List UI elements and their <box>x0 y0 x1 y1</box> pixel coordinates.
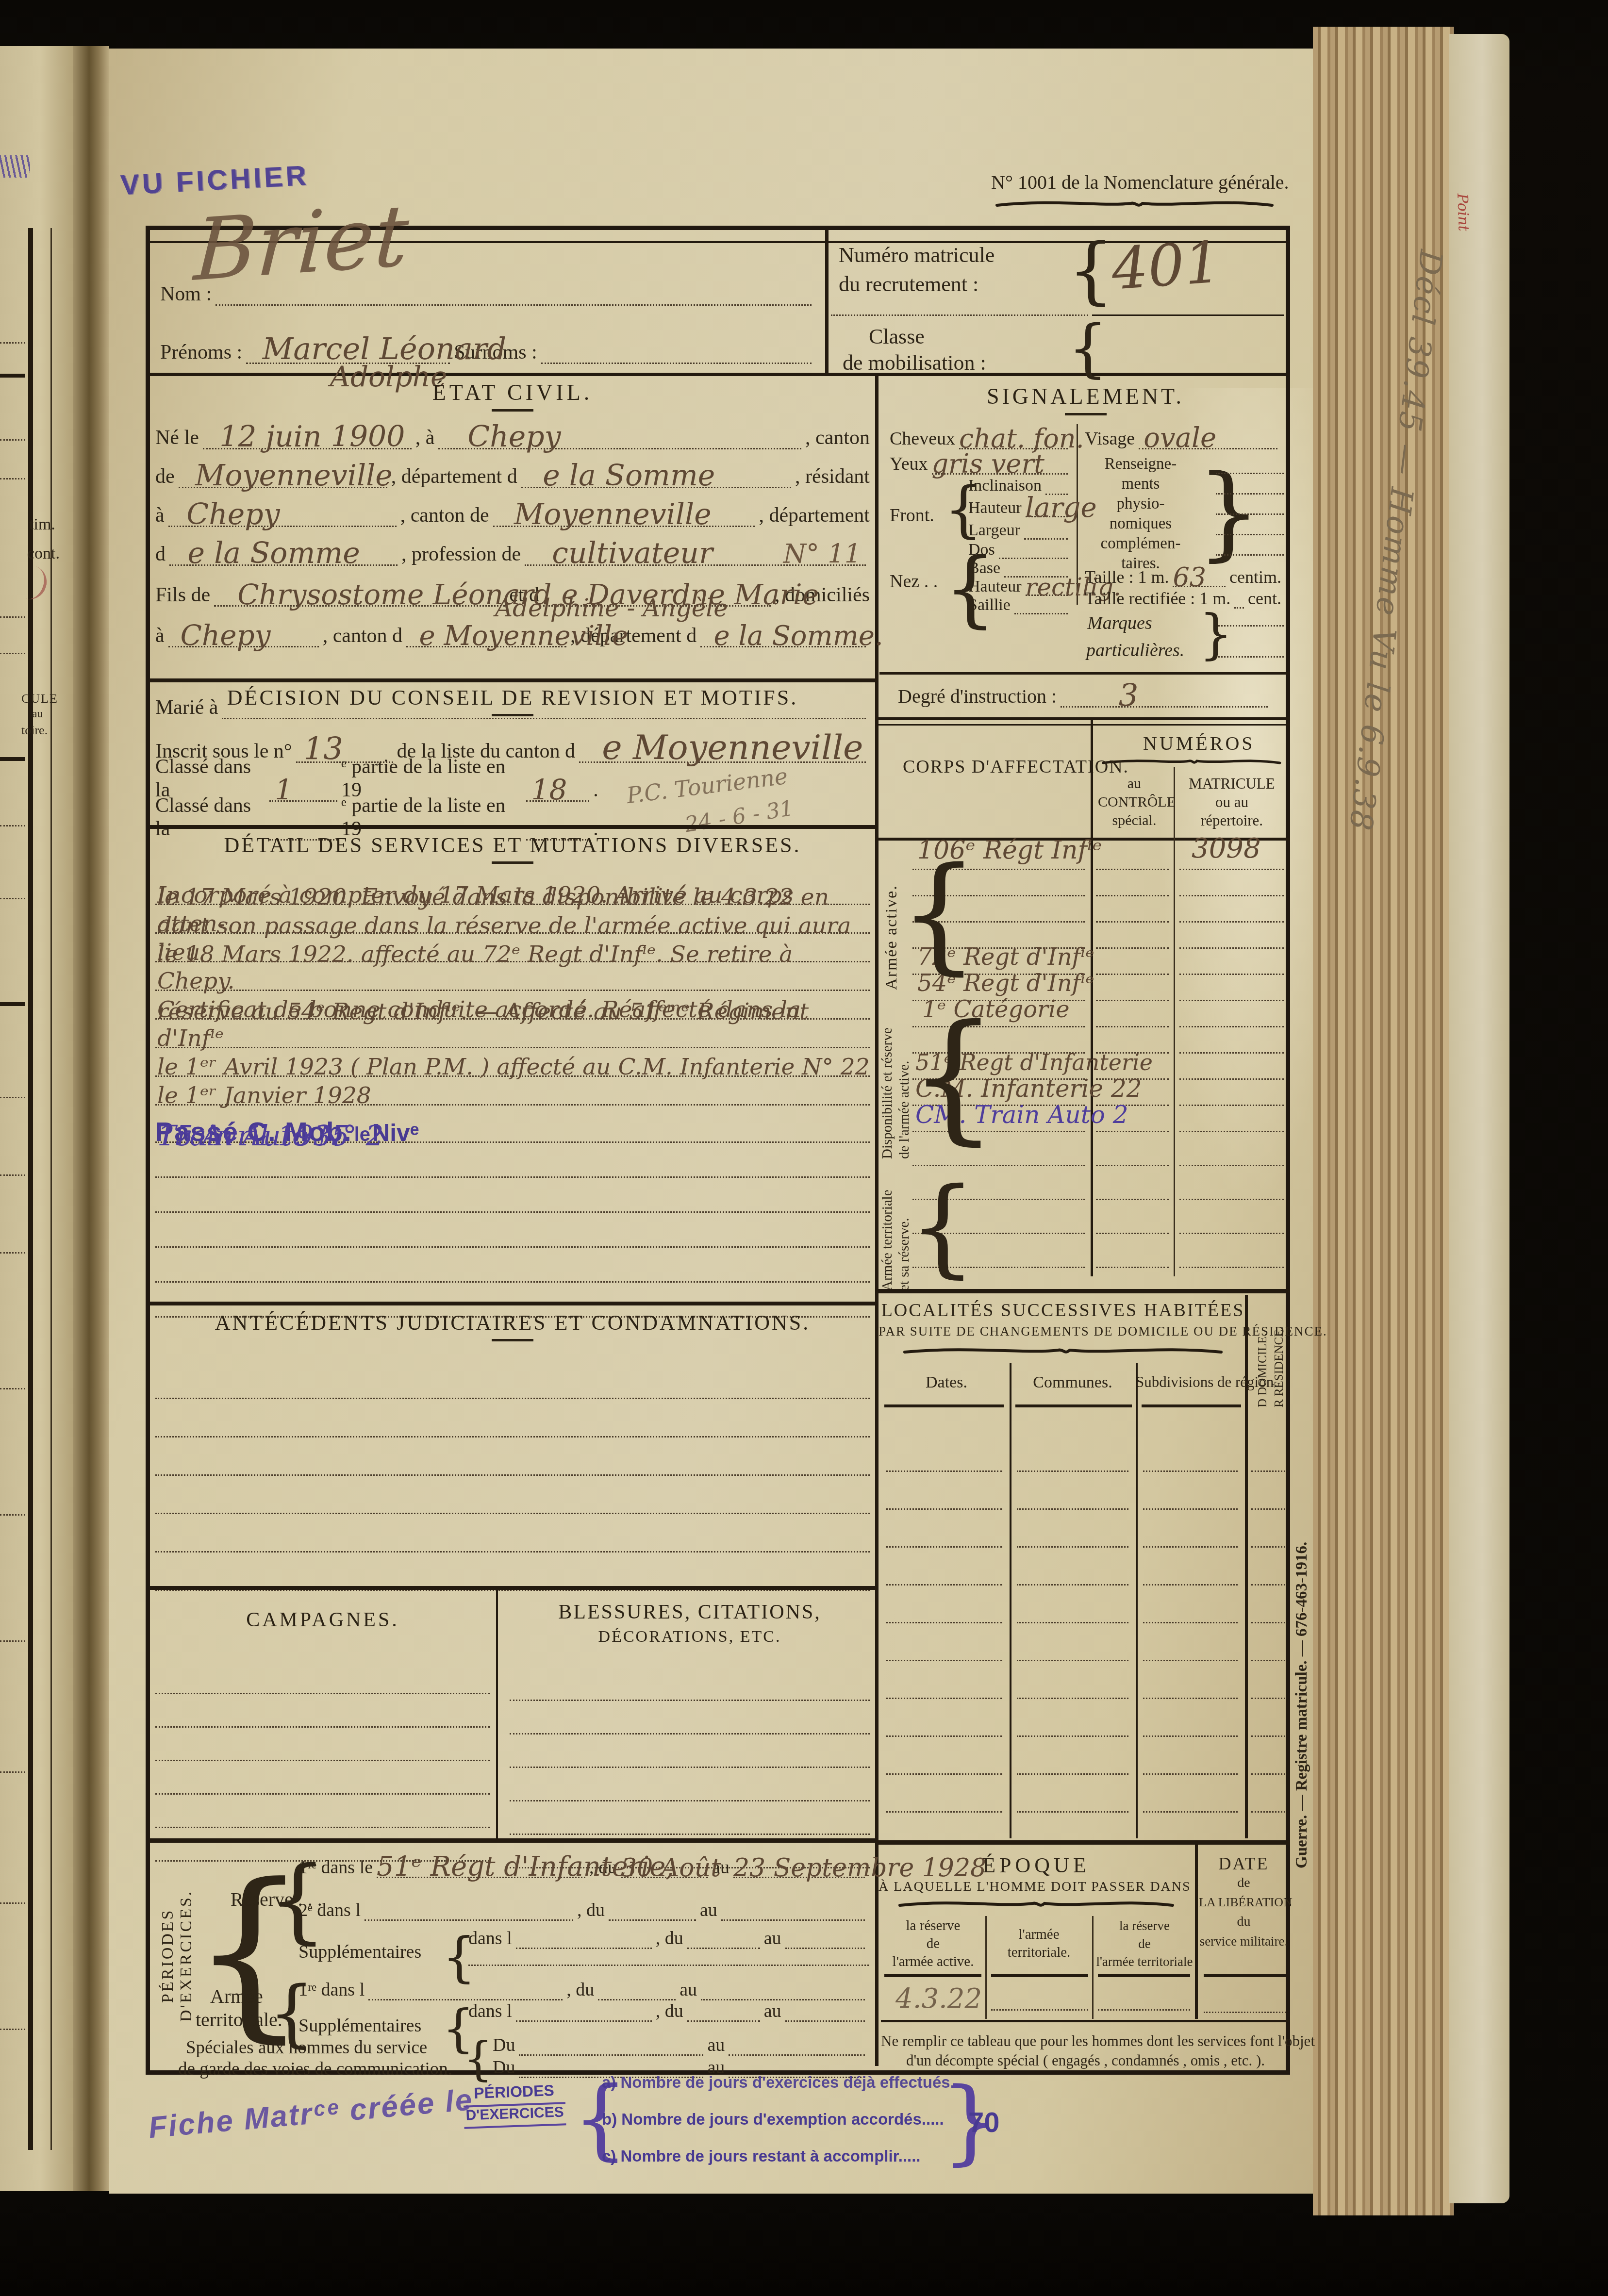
stamp-word: D'EXERCICES <box>464 2104 566 2129</box>
dotted-line <box>1096 1000 1169 1001</box>
fill <box>365 1916 573 1921</box>
matricule-value: 401 <box>1109 228 1223 302</box>
section-divider <box>150 825 875 829</box>
handwritten-text: le 18 Mars 1922. affecté au 72ᵉ Regt d'I… <box>157 941 870 994</box>
section-etat-civil: ÉTAT CIVIL. Né le 12 juin 1900 , à Chepy… <box>155 380 870 719</box>
left-page-fragment: au <box>32 708 43 721</box>
marques-label-1: Marques <box>1087 612 1152 634</box>
epoque-value-reserve: 4.3.22 <box>895 1983 982 2015</box>
dotted-line <box>468 1965 869 1966</box>
localites-dr-label-2: R RÉSIDENCE. <box>1273 1305 1286 1407</box>
corps-title: CORPS D'AFFECTATION. <box>903 756 1129 777</box>
dotted-line <box>0 1771 25 1773</box>
dotted-line <box>1251 1698 1285 1699</box>
dotted-line <box>1251 1470 1285 1472</box>
dotted-line <box>886 1508 1002 1510</box>
matricule-underline <box>1092 314 1284 316</box>
stamp-line-a: a) Nombre de jours d'exercices déjà effe… <box>602 2073 963 2092</box>
value: 13 <box>304 731 343 767</box>
epoque-note-1: Ne remplir ce tableau que pour les homme… <box>881 2032 1290 2050</box>
label: dans l <box>468 1928 512 1949</box>
localites-title: LOCALITÉS SUCCESSIVES HABITÉES <box>879 1300 1247 1321</box>
services-line-4: le 18 Mars 1922. affecté au 72ᵉ Regt d'I… <box>155 962 870 991</box>
fill: rectilig. <box>1026 592 1068 596</box>
services-line-7: le 1ᵉʳ Avril 1923 ( Plan P.M. ) affecté … <box>155 1048 870 1077</box>
localites-vrule-1 <box>1010 1363 1011 1838</box>
degre-label: Degré d'instruction : <box>898 685 1057 708</box>
page-stack-outer <box>1449 34 1509 2203</box>
degre-row: Degré d'instruction : 3 <box>898 680 1272 708</box>
rens-word: complémen- <box>1090 534 1192 554</box>
dotted-line <box>886 1546 1002 1548</box>
nomenclature-swash <box>995 198 1274 210</box>
classe-brace: { <box>1068 315 1108 381</box>
dotted-line <box>1017 1660 1128 1661</box>
imprint-reference: Guerre. — Registre matricule. — 676-463-… <box>1293 1140 1311 1868</box>
dotted-line <box>1017 1584 1128 1586</box>
stamp-word: PÉRIODES <box>463 2081 565 2107</box>
fill: 3 <box>1061 703 1268 708</box>
fill: 63 <box>1173 583 1226 587</box>
dotted-line <box>1216 554 1284 556</box>
localites-col-subdiv: Subdivisions de région. <box>1136 1373 1245 1391</box>
periodes-side-label: PÉRIODES D'EXERCICES. <box>159 1849 196 2063</box>
label: , du <box>577 1900 605 1921</box>
matricule-box-left-border <box>825 230 829 373</box>
label: , canton de <box>400 504 489 527</box>
localites-head-rule <box>884 1404 1004 1407</box>
dotted-line <box>1096 1131 1169 1132</box>
speciales-label-2: de garde des voies de communication. <box>178 2059 452 2080</box>
dotted-line <box>1216 513 1284 515</box>
dotted-line <box>1251 1660 1285 1661</box>
registre-matricule-scan: tim. cont. CULE au toire. VU FICHIER N° … <box>0 0 1608 2296</box>
fill <box>999 555 1068 559</box>
dotted-line <box>1179 1199 1284 1200</box>
dotted-line <box>155 1761 490 1795</box>
epoque-head-rule <box>991 1974 1088 1977</box>
dotted-line <box>1017 1508 1128 1510</box>
dotted-line <box>0 1902 25 1904</box>
title-dash <box>1065 413 1107 415</box>
epoque-bottom-rule <box>881 2020 1289 2022</box>
groupe-brace: { <box>909 1163 977 1290</box>
fill <box>516 1945 652 1949</box>
epoque-title: ÉPOQUE <box>879 1853 1194 1878</box>
nom-fill <box>216 301 812 306</box>
section-divider <box>879 1289 1290 1293</box>
localites-col-dates: Dates. <box>888 1373 1005 1392</box>
dotted-line <box>1251 1773 1285 1775</box>
groupe-armee-active: Armée active. <box>882 844 901 990</box>
value: 30 Août <box>621 1853 721 1883</box>
nez-hauteur-row: Hauteur rectilig. <box>968 578 1072 596</box>
dotted-line <box>1143 1508 1238 1510</box>
localites-dr-label-1: D DOMICILE. <box>1256 1305 1270 1407</box>
fill: Moyenneville <box>179 484 387 488</box>
head-word: MATRICULE <box>1178 775 1285 793</box>
dotted-line <box>0 653 25 654</box>
value: e la Somme. <box>713 620 883 652</box>
prenoms-row: Prénoms : Marcel Léonard Surnoms : <box>160 330 815 364</box>
dotted-line <box>1179 869 1284 870</box>
dotted-line <box>1216 473 1284 474</box>
supplementaires-label: Supplémentaires <box>298 1941 421 1963</box>
nez-dos-row: Dos <box>968 541 1072 559</box>
dotted-line <box>1179 974 1284 975</box>
label: 1ʳᵉ dans le <box>298 1857 373 1878</box>
dotted-line <box>1143 1660 1238 1661</box>
mother-names-2: Adelphine - Angèle <box>495 594 728 622</box>
left-page-fragment: toire. <box>21 723 48 738</box>
matricule-label-1: Numéro matricule <box>839 243 995 267</box>
dotted-line <box>155 1661 490 1694</box>
dotted-line <box>1017 1811 1128 1813</box>
dotted-line <box>886 1584 1002 1586</box>
left-page-fragment: tim. <box>29 515 55 534</box>
localites-head-rule <box>1015 1404 1132 1407</box>
groupe-label: Disponibilité et réserve <box>879 994 895 1159</box>
head-word: du <box>1199 1912 1289 1932</box>
left-page-heavy <box>0 374 25 378</box>
fill: Chrysostome Léonard <box>214 602 505 607</box>
renseignements-block: Renseigne- ments physio- nomiques complé… <box>1090 454 1192 574</box>
dotted-line <box>155 1694 490 1728</box>
section-campagnes: CAMPAGNES. <box>155 1594 490 1862</box>
dotted-line <box>1251 1546 1285 1548</box>
groupe-brace: { <box>909 993 998 1160</box>
dotted-line <box>0 342 25 344</box>
dotted-line <box>1251 1508 1285 1510</box>
dotted-line <box>1179 1105 1284 1106</box>
label: au <box>707 2034 725 2056</box>
localites-head-rule <box>1142 1404 1241 1407</box>
value: Chepy <box>467 420 561 454</box>
dotted-line <box>155 1728 490 1761</box>
label: au <box>700 1900 717 1921</box>
fill: e Moyenneville <box>579 759 866 763</box>
head-word: la réserve <box>881 1917 985 1935</box>
left-page-stamp-fragment <box>0 155 30 178</box>
dotted-line <box>0 478 25 479</box>
dotted-line <box>155 1553 870 1591</box>
cheveux-label: Cheveux <box>890 428 955 449</box>
dotted-line <box>886 1773 1002 1775</box>
rens-word: nomiques <box>1090 514 1192 534</box>
dotted-line <box>1096 947 1169 949</box>
periodes-exercices-stamp: PÉRIODES D'EXERCICES <box>463 2081 566 2129</box>
localites-col-communes: Communes. <box>1014 1373 1131 1392</box>
localites-subtitle: PAR SUITE DE CHANGEMENTS DE DOMICILE OU … <box>879 1324 1247 1339</box>
dotted-line <box>886 1735 1002 1737</box>
dotted-line <box>1017 1470 1128 1472</box>
fill: 1 <box>269 797 337 802</box>
fill <box>516 2017 652 2022</box>
epoque-subtitle: À LAQUELLE L'HOMME DOIT PASSER DANS : <box>879 1879 1194 1895</box>
dotted-line <box>1179 1026 1284 1027</box>
dotted-line <box>1096 869 1169 870</box>
dotted-line <box>886 1622 1002 1623</box>
etat-civil-line-4: d e la Somme , profession de cultivateur… <box>155 527 870 566</box>
label: d <box>155 543 166 566</box>
nom-label: Nom : <box>160 282 212 306</box>
dotted-line <box>0 616 25 618</box>
dotted-line <box>1179 1233 1284 1234</box>
section-divider <box>879 1840 1290 1845</box>
epoque-col2-head: l'armée territoriale. <box>987 1926 1091 1962</box>
dotted-line <box>1179 921 1284 923</box>
head-word: service militaire. <box>1199 1932 1289 1951</box>
etat-civil-line-3: à Chepy , canton de Moyenneville , dépar… <box>155 488 870 527</box>
dotted-line <box>0 1388 25 1389</box>
head-word: de <box>1199 1873 1289 1893</box>
localites-swash <box>903 1345 1223 1357</box>
fill <box>721 1916 865 1921</box>
speciales-label-1: Spéciales aux hommes du service <box>186 2037 427 2058</box>
dotted-line <box>510 1801 870 1835</box>
dotted-line <box>0 439 25 441</box>
fill: Moyenneville <box>493 523 755 527</box>
epoque-head-rule <box>1204 1974 1286 1977</box>
section-signalement: SIGNALEMENT. Cheveux chat. fon. Yeux gri… <box>881 378 1290 609</box>
fill <box>1234 604 1244 609</box>
fill <box>785 1945 865 1949</box>
label: à <box>155 624 165 647</box>
dotted-line <box>1216 534 1284 535</box>
dotted-line <box>1143 1811 1238 1813</box>
left-page-heavy <box>0 1002 25 1006</box>
left-page-edge <box>0 46 73 2191</box>
value: Moyenneville <box>514 497 712 531</box>
handwritten-text: réserve au 54ᵉ Regt d'Infⁱᵉ. — Affecté a… <box>157 998 870 1052</box>
speciales-row-1: Du au <box>493 2034 869 2056</box>
value: Chepy <box>186 497 280 531</box>
head-word: CONTRÔLE <box>1098 793 1171 811</box>
nom-row: Nom : <box>160 272 815 306</box>
label: , à <box>415 426 435 449</box>
label: . <box>593 778 598 802</box>
reserve-row-1: 1ʳᵉ dans le 51ᵉ Régt d'Infanterie, , du … <box>298 1848 869 1878</box>
signalement-bottom-rule <box>879 672 1290 675</box>
label: dans l <box>468 2000 512 2022</box>
visage-value: ovale <box>1144 422 1216 454</box>
fill: 30 Août <box>621 1874 708 1878</box>
rens-word: physio- <box>1090 494 1192 514</box>
dotted-line <box>1251 1622 1285 1623</box>
hauteur-label: Hauteur <box>968 499 1022 517</box>
dotted-line <box>1218 656 1284 658</box>
groupe-label: Armée territoriale <box>879 1165 895 1291</box>
controle-head: au CONTRÔLE spécial. <box>1098 775 1171 830</box>
section-decision: DÉCISION DU CONSEIL DE REVISION ET MOTIF… <box>155 685 870 841</box>
dotted-line <box>1096 921 1169 923</box>
corps-vrule-2 <box>1174 767 1175 1276</box>
base-label: Base <box>968 559 1000 578</box>
dotted-line <box>1017 1698 1128 1699</box>
value: Chepy <box>180 619 270 652</box>
numeros-title: NUMÉROS <box>1143 732 1255 755</box>
head-word: DATE <box>1199 1854 1289 1873</box>
dotted-line <box>1179 1000 1284 1001</box>
taille-row: Taille : 1 m. 63 centim. <box>1085 566 1281 587</box>
label: , département <box>759 504 870 527</box>
supplementaires-row: dans l , du au <box>468 1925 869 1949</box>
dotted-line <box>1096 1026 1169 1027</box>
etat-civil-line-1: Né le 12 juin 1900 , à Chepy , canton <box>155 412 870 449</box>
section-divider <box>150 678 875 682</box>
head-word: la réserve <box>1094 1917 1195 1935</box>
dotted-line <box>1143 1584 1238 1586</box>
label: , du <box>566 1979 594 2000</box>
services-line-8: le 1ᵉʳ Janvier 1928 <box>155 1077 870 1106</box>
head-word: spécial. <box>1098 811 1171 830</box>
label: au <box>764 2000 781 2022</box>
fill <box>687 2017 760 2022</box>
dos-label: Dos <box>968 541 995 559</box>
value: 1 <box>275 773 293 806</box>
passe-date: 15 Avril 1935 <box>157 1119 349 1152</box>
dotted-line <box>510 1701 870 1734</box>
saillie-label: Saillie <box>968 596 1011 614</box>
swash-ornament <box>898 1899 1175 1910</box>
dotted-line <box>886 1811 1002 1813</box>
dotted-line <box>155 1437 870 1476</box>
dotted-line <box>1204 2012 1286 2013</box>
dotted-line <box>155 1248 870 1283</box>
dotted-line <box>1179 1052 1284 1054</box>
label: à <box>155 504 165 527</box>
supplementaires-row-2: dans l , du au <box>468 1999 869 2022</box>
dotted-line <box>1251 1584 1285 1586</box>
label: , résidant <box>795 465 870 488</box>
dotted-line <box>886 1660 1002 1661</box>
groupe-brace: { <box>899 839 979 989</box>
dotted-line <box>1251 1735 1285 1737</box>
etat-civil-title: ÉTAT CIVIL. <box>155 380 870 405</box>
left-page-fragment: CULE <box>21 692 58 706</box>
dotted-line <box>0 825 25 826</box>
antecedents-title: ANTÉCÉDENTS JUDICIAIRES ET CONDAMNATIONS… <box>155 1310 870 1335</box>
dotted-line <box>1179 895 1284 896</box>
front-hauteur-row: Hauteur large <box>968 498 1072 517</box>
nomenclature-note: N° 1001 de la Nomenclature générale. <box>991 171 1289 194</box>
groupe-disponibilite: Disponibilité et réserve de l'armée acti… <box>879 994 912 1159</box>
yeux-label: Yeux <box>890 453 928 475</box>
taille-rect-unit: cent. <box>1248 588 1281 609</box>
dotted-line <box>1017 1622 1128 1623</box>
section-services: DÉTAIL DES SERVICES ET MUTATIONS DIVERSE… <box>155 833 870 1318</box>
dotted-line <box>1017 1546 1128 1548</box>
dotted-line <box>886 1470 1002 1472</box>
rens-word: Renseigne- <box>1090 454 1192 474</box>
etat-civil-line-6: Adelphine - Angèle à Chepy , canton d e … <box>155 607 870 647</box>
label: , canton d <box>323 624 402 647</box>
visage-row: Visage ovale <box>1085 426 1281 449</box>
fill <box>519 2051 703 2056</box>
services-line-6: réserve au 54ᵉ Regt d'Infⁱᵉ. — Affecté a… <box>155 1020 870 1048</box>
stamp-line-b: b) Nombre de jours d'exemption accordés.… <box>602 2110 944 2129</box>
head-word: de <box>1094 1935 1195 1953</box>
fill <box>785 2017 865 2022</box>
fill <box>1014 610 1068 614</box>
epoque-swash <box>898 1899 1175 1910</box>
dotted-line <box>0 1514 25 1516</box>
value: e Moyenneville <box>419 620 629 652</box>
label: de <box>155 465 175 488</box>
dotted-line <box>831 314 1088 316</box>
corps-vrule-1 <box>1091 717 1093 1276</box>
dotted-line <box>0 1252 25 1254</box>
dotted-line <box>1096 1165 1169 1166</box>
matricule-head: MATRICULE ou au répertoire. <box>1178 775 1285 830</box>
section-divider <box>150 1302 875 1305</box>
fore-edge-red-note: Point <box>1454 193 1472 231</box>
dotted-line <box>1096 1199 1169 1200</box>
label: Fils de <box>155 583 210 607</box>
fill: 23 Septembre 1928 <box>733 1874 865 1878</box>
localites-vrule-2 <box>1136 1363 1138 1838</box>
section-divider <box>150 1586 875 1590</box>
nez-saillie-row: Saillie <box>968 596 1072 614</box>
dotted-line <box>155 1795 490 1828</box>
campagnes-vertical-divider <box>496 1590 498 1838</box>
fill: cultivateurN° 11 <box>525 562 866 566</box>
hauteur2-label: Hauteur <box>968 578 1022 596</box>
book-spine <box>73 46 109 2191</box>
dotted-line <box>155 1361 870 1399</box>
dotted-line <box>1098 2009 1190 2011</box>
surnoms-fill <box>541 360 812 364</box>
cheveux-row: Cheveux chat. fon. <box>890 426 1072 449</box>
classe-label-2: de mobilisation : <box>843 350 986 375</box>
left-page-fragment: cont. <box>27 545 60 563</box>
dotted-line <box>1143 1773 1238 1775</box>
value: cultivateur <box>552 536 713 570</box>
head-word: l'armée active. <box>881 1953 985 1971</box>
fill: 51ᵉ Régt d'Infanterie, <box>377 1874 585 1878</box>
dotted-line <box>0 1097 25 1098</box>
handwritten-text: le 1ᵉʳ Janvier 1928 <box>157 1082 371 1109</box>
head-word: territoriale. <box>987 1944 1091 1962</box>
dotted-line <box>1143 1735 1238 1737</box>
head-word: LA LIBÉRATION <box>1199 1893 1289 1912</box>
passe-cmob-row: Passé C. Mob. Train Auto N° 2 le 15 Avri… <box>155 1106 870 1143</box>
signalement-title: SIGNALEMENT. <box>881 383 1290 409</box>
head-word: répertoire. <box>1178 811 1285 830</box>
dotted-line <box>0 1640 25 1642</box>
label: 2ᵉ dans l <box>298 1900 361 1921</box>
label: au <box>680 1979 697 2000</box>
dotted-line <box>1179 947 1284 949</box>
dotted-line <box>886 1698 1002 1699</box>
taille-unit: centim. <box>1229 567 1281 587</box>
pencil-note-2: 24 - 6 - 31 <box>683 796 795 838</box>
dotted-line <box>1096 1267 1169 1268</box>
dotted-line <box>1143 1546 1238 1548</box>
label: Du <box>493 2057 515 2078</box>
epoque-date-head: DATE de LA LIBÉRATION du service militai… <box>1199 1854 1289 1951</box>
dotted-line <box>0 1174 25 1176</box>
value-extra: N° 11 <box>783 539 861 569</box>
dotted-line <box>1218 625 1284 627</box>
handwritten-text: le 1ᵉʳ Avril 1923 ( Plan P.M. ) affecté … <box>157 1054 870 1080</box>
label: , département d <box>391 465 517 488</box>
fill <box>1024 535 1068 540</box>
fill: e Moyenneville <box>406 643 566 647</box>
armee-territoriale-label-1: Armée <box>210 1985 263 2008</box>
corps-top-rule-1 <box>879 717 1290 720</box>
label: au <box>764 1928 781 1949</box>
